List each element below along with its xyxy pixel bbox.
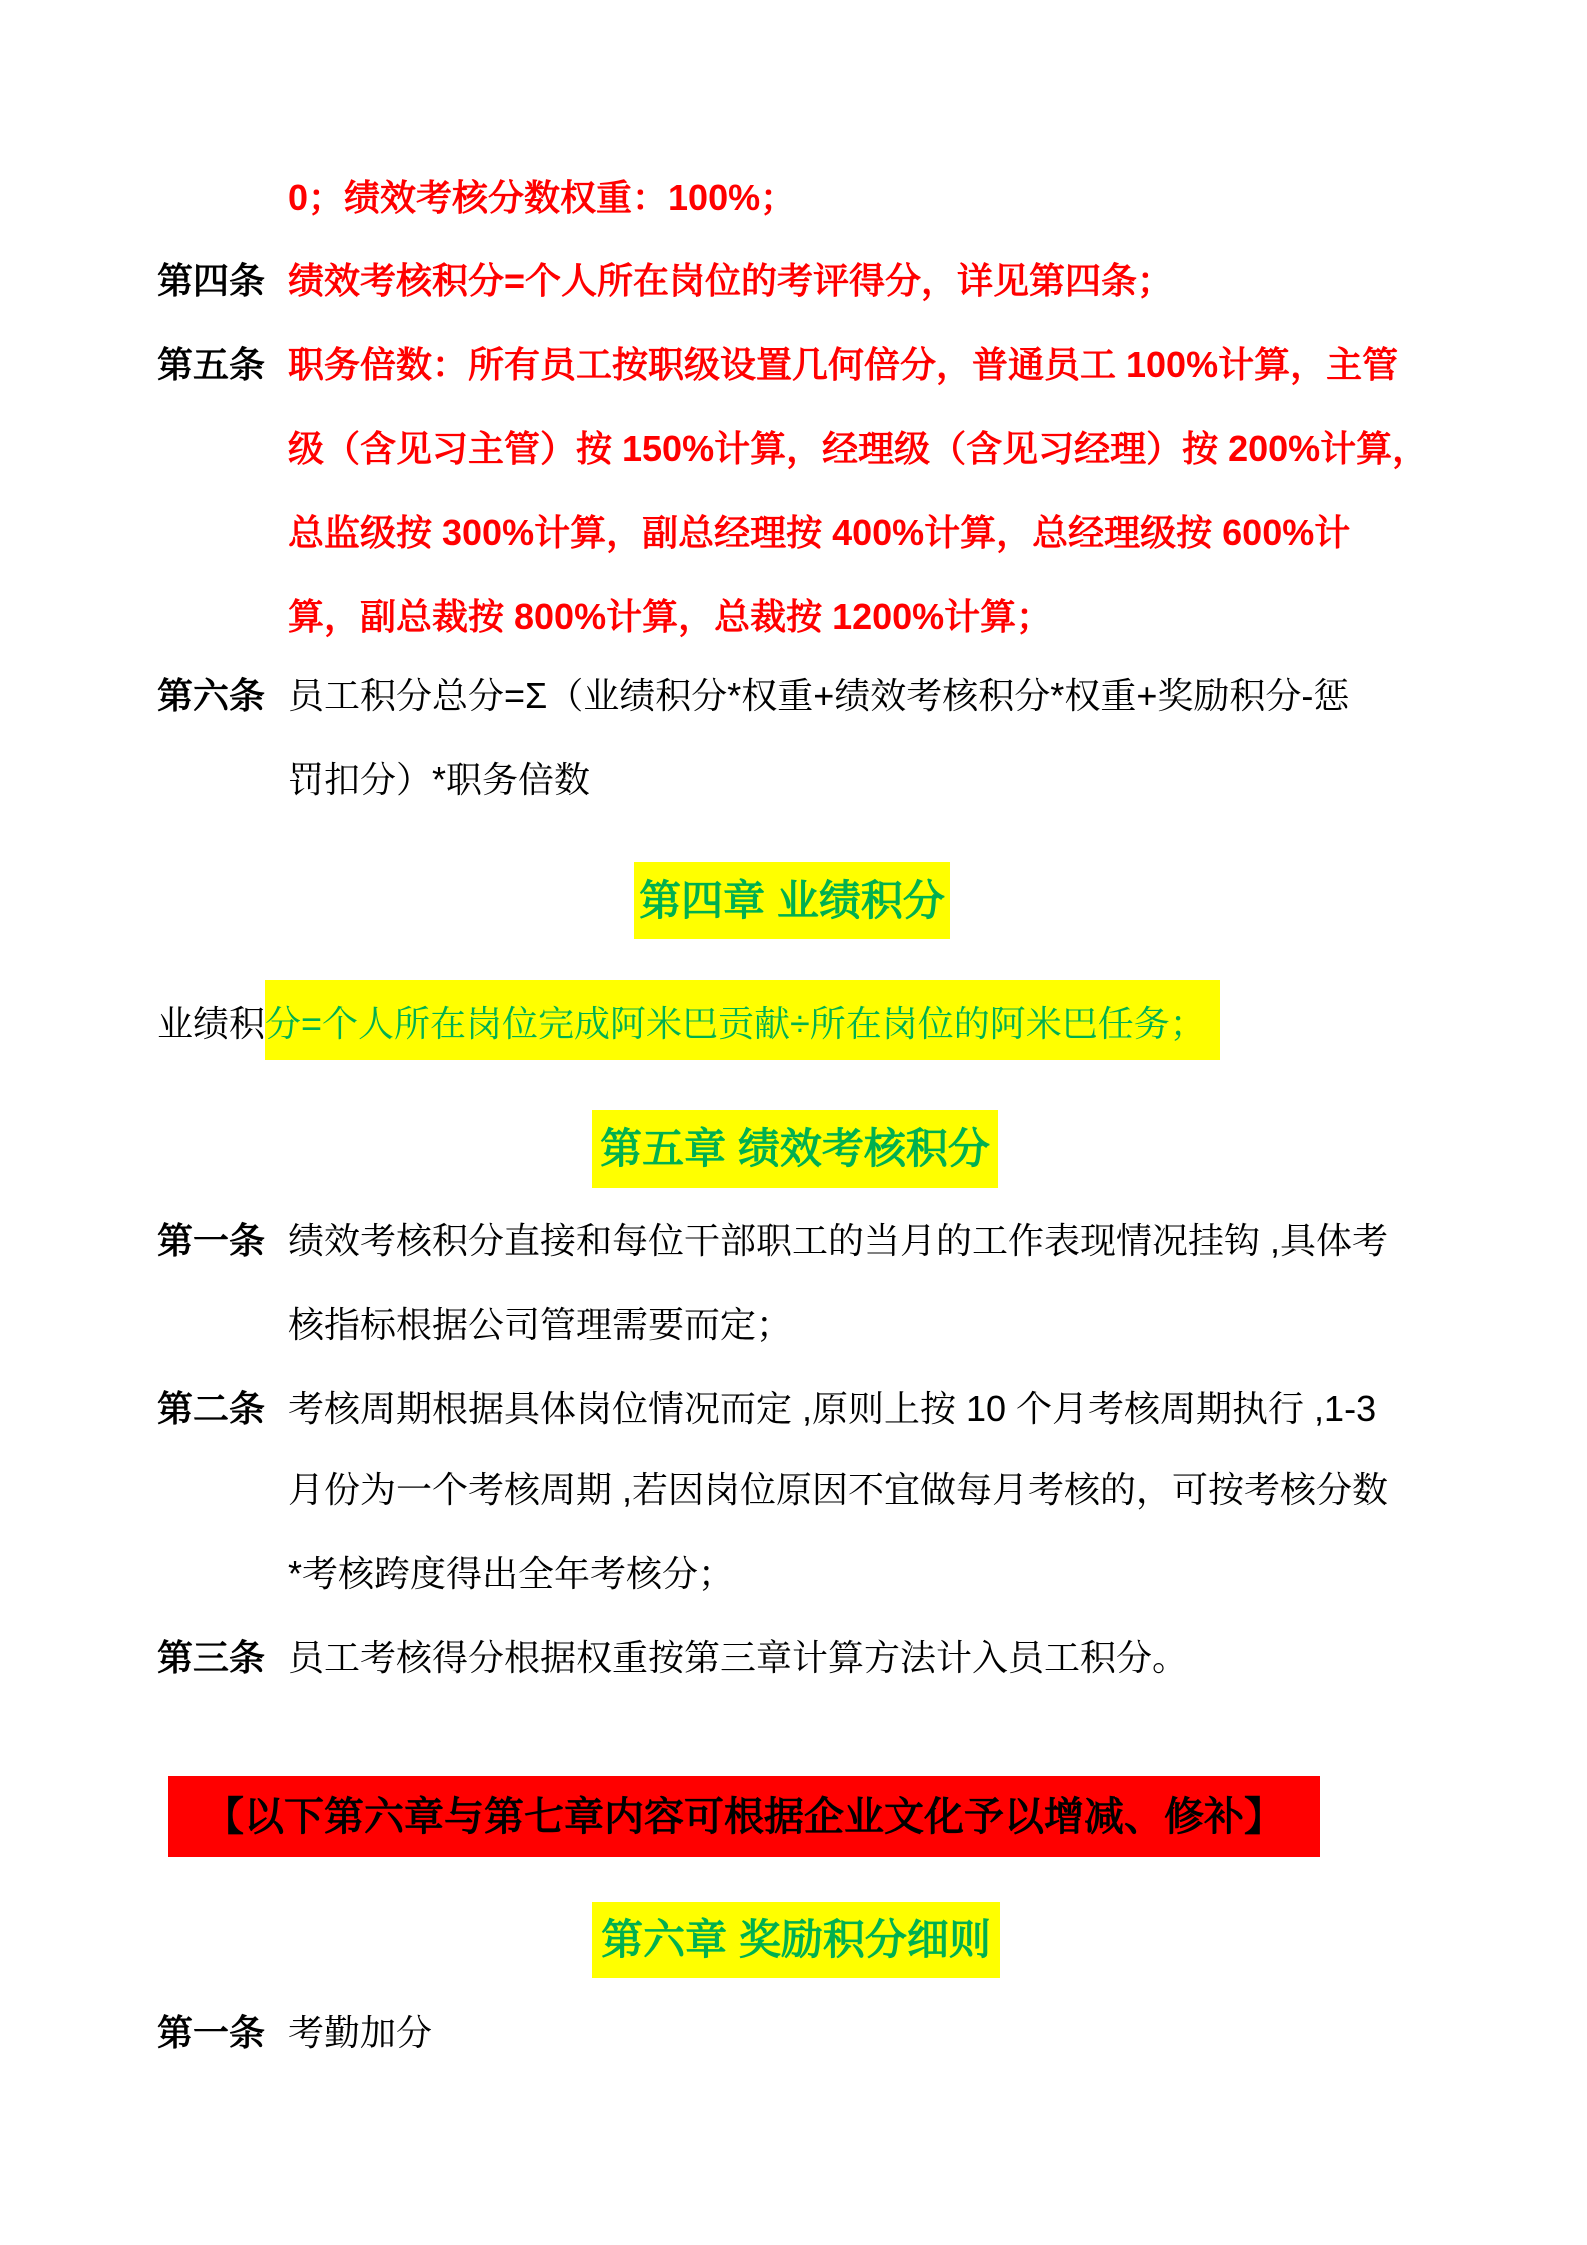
ch5-article-3-text: 员工考核得分根据权重按第三章计算方法计入员工积分。 [288, 1637, 1188, 1678]
ch5-article-2-row: 第二条考核周期根据具体岗位情况而定 ,原则上按 10 个月考核周期执行 ,1-3 [157, 1389, 1376, 1429]
article-5-line-3: 总监级按 300%计算，副总经理按 400%计算，总经理级按 600%计 [288, 513, 1350, 553]
article-4-label: 第四条 [157, 261, 288, 301]
ch6-article-1-label: 第一条 [157, 2013, 288, 2053]
ch5-article-2-line-3: *考核跨度得出全年考核分； [288, 1554, 734, 1594]
weight-continuation-line: 0；绩效考核分数权重：100%； [288, 178, 796, 218]
performance-formula-row: 业绩积分=个人所在岗位完成阿米巴贡献÷所在岗位的阿米巴任务； [157, 1006, 1220, 1042]
article-4-text: 绩效考核积分=个人所在岗位的考评得分，详见第四条； [288, 260, 1173, 301]
ch5-article-1-label: 第一条 [157, 1221, 288, 1261]
ch6-article-1-row: 第一条考勤加分 [157, 2013, 432, 2053]
ch5-article-1-line-1: 绩效考核积分直接和每位干部职工的当月的工作表现情况挂钩 ,具体考 [288, 1220, 1388, 1261]
article-5-row: 第五条职务倍数：所有员工按职级设置几何倍分，普通员工 100%计算，主管 [157, 345, 1398, 385]
article-5-line-1: 职务倍数：所有员工按职级设置几何倍分，普通员工 100%计算，主管 [288, 344, 1398, 385]
ch5-article-2-label: 第二条 [157, 1389, 288, 1429]
ch5-article-1-line-2: 核指标根据公司管理需要而定； [288, 1305, 792, 1345]
article-6-row: 第六条员工积分总分=Σ（业绩积分*权重+绩效考核积分*权重+奖励积分-惩 [157, 676, 1349, 716]
ch5-article-2-line-2: 月份为一个考核周期 ,若因岗位原因不宜做每月考核的，可按考核分数 [288, 1470, 1388, 1510]
article-6-line-1: 员工积分总分=Σ（业绩积分*权重+绩效考核积分*权重+奖励积分-惩 [288, 675, 1349, 716]
formula-prefix: 业绩积 [157, 1003, 265, 1044]
article-5-line-4: 算，副总裁按 800%计算，总裁按 1200%计算； [288, 597, 1052, 637]
document-page: 0；绩效考核分数权重：100%； 第四条绩效考核积分=个人所在岗位的考评得分，详… [0, 0, 1587, 2245]
notice-banner: 【以下第六章与第七章内容可根据企业文化予以增减、修补】 [168, 1776, 1320, 1857]
ch5-article-3-label: 第三条 [157, 1638, 288, 1678]
article-5-line-2: 级（含见习主管）按 150%计算，经理级（含见习经理）按 200%计算， [288, 429, 1428, 469]
formula-highlight: 分=个人所在岗位完成阿米巴贡献÷所在岗位的阿米巴任务； [265, 980, 1220, 1060]
chapter-6-heading: 第六章 奖励积分细则 [592, 1902, 1000, 1978]
chapter-5-heading: 第五章 绩效考核积分 [592, 1110, 998, 1188]
article-5-label: 第五条 [157, 345, 288, 385]
chapter-4-heading: 第四章 业绩积分 [634, 862, 950, 939]
article-4-row: 第四条绩效考核积分=个人所在岗位的考评得分，详见第四条； [157, 261, 1173, 301]
ch5-article-2-line-1: 考核周期根据具体岗位情况而定 ,原则上按 10 个月考核周期执行 ,1-3 [288, 1388, 1376, 1429]
article-6-line-2: 罚扣分）*职务倍数 [288, 760, 590, 800]
article-6-label: 第六条 [157, 676, 288, 716]
ch6-article-1-text: 考勤加分 [288, 2012, 432, 2053]
ch5-article-3-row: 第三条员工考核得分根据权重按第三章计算方法计入员工积分。 [157, 1638, 1188, 1678]
ch5-article-1-row: 第一条绩效考核积分直接和每位干部职工的当月的工作表现情况挂钩 ,具体考 [157, 1221, 1388, 1261]
